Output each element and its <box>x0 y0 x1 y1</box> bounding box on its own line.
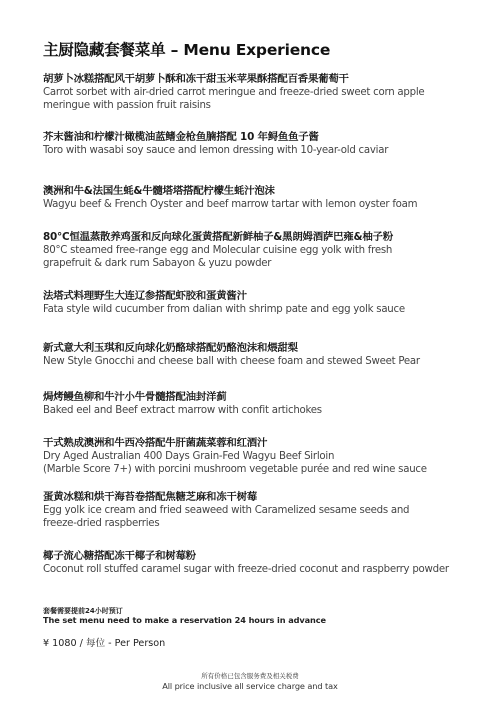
course-item: 新式意大利玉琪和反向球化奶酪球搭配奶酪泡沫和煨甜梨 New Style Gnoc… <box>43 341 483 368</box>
course-name-en: New Style Gnocchi and cheese ball with c… <box>43 355 483 368</box>
footer-note-en: All price inclusive all service charge a… <box>0 681 500 692</box>
course-item: 干式熟成澳洲和牛西冷搭配牛肝菌蔬菜蓉和红酒汁 Dry Aged Australi… <box>43 436 483 476</box>
course-name-cn: 胡萝卜冰糕搭配风干胡萝卜酥和冻干甜玉米苹果酥搭配百香果葡萄干 <box>43 72 483 86</box>
course-name-cn: 焗烤鳗鱼柳和牛汁小牛骨髓搭配油封洋蓟 <box>43 390 483 404</box>
course-name-cn: 干式熟成澳洲和牛西冷搭配牛肝菌蔬菜蓉和红酒汁 <box>43 436 483 450</box>
course-name-cn: 芥末酱油和柠檬汁橄榄油蓝鳍金枪鱼腩搭配 10 年鲟鱼鱼子酱 <box>43 130 483 144</box>
course-item: 胡萝卜冰糕搭配风干胡萝卜酥和冻干甜玉米苹果酥搭配百香果葡萄干 Carrot so… <box>43 72 483 112</box>
menu-title: 主厨隐藏套餐菜单 – Menu Experience <box>43 38 330 60</box>
course-name-en: 80°C steamed free-range egg and Molecula… <box>43 244 483 270</box>
course-name-cn: 新式意大利玉琪和反向球化奶酪球搭配奶酪泡沫和煨甜梨 <box>43 341 483 355</box>
course-name-en: Baked eel and Beef extract marrow with c… <box>43 404 483 417</box>
course-name-cn: 澳洲和牛&法国生蚝&牛髓塔塔搭配柠檬生蚝汁泡沫 <box>43 184 483 198</box>
course-name-en: Egg yolk ice cream and fried seaweed wit… <box>43 504 483 530</box>
course-name-en: Coconut roll stuffed caramel sugar with … <box>43 563 483 576</box>
course-name-cn: 80°C恒温蒸散养鸡蛋和反向球化蛋黄搭配新鲜柚子&黑朗姆酒萨巴雍&柚子粉 <box>43 230 483 244</box>
course-item: 芥末酱油和柠檬汁橄榄油蓝鳍金枪鱼腩搭配 10 年鲟鱼鱼子酱 Toro with … <box>43 130 483 157</box>
course-name-cn: 椰子流心糖搭配冻干椰子和树莓粉 <box>43 549 483 563</box>
course-item: 蛋黄冰糕和烘干海苔卷搭配焦糖芝麻和冻干树莓 Egg yolk ice cream… <box>43 490 483 530</box>
course-item: 椰子流心糖搭配冻干椰子和树莓粉 Coconut roll stuffed car… <box>43 549 483 576</box>
footer: 所有价格已包含服务费及相关税费 All price inclusive all … <box>0 671 500 692</box>
course-name-en: Dry Aged Australian 400 Days Grain-Fed W… <box>43 450 483 476</box>
reservation-notice-en: The set menu need to make a reservation … <box>43 615 326 625</box>
footer-note-cn: 所有价格已包含服务费及相关税费 <box>0 671 500 681</box>
course-name-cn: 蛋黄冰糕和烘干海苔卷搭配焦糖芝麻和冻干树莓 <box>43 490 483 504</box>
price: ¥ 1080 / 每位 - Per Person <box>43 635 165 649</box>
course-name-en: Carrot sorbet with air-dried carrot meri… <box>43 86 483 112</box>
course-item: 80°C恒温蒸散养鸡蛋和反向球化蛋黄搭配新鲜柚子&黑朗姆酒萨巴雍&柚子粉 80°… <box>43 230 483 270</box>
course-name-en: Fata style wild cucumber from dalian wit… <box>43 303 483 316</box>
course-name-en: Wagyu beef & French Oyster and beef marr… <box>43 198 483 211</box>
course-item: 法塔式料理野生大连辽参搭配虾胶和蛋黄酱汁 Fata style wild cuc… <box>43 289 483 316</box>
course-name-en: Toro with wasabi soy sauce and lemon dre… <box>43 144 483 157</box>
course-name-cn: 法塔式料理野生大连辽参搭配虾胶和蛋黄酱汁 <box>43 289 483 303</box>
course-item: 焗烤鳗鱼柳和牛汁小牛骨髓搭配油封洋蓟 Baked eel and Beef ex… <box>43 390 483 417</box>
course-item: 澳洲和牛&法国生蚝&牛髓塔塔搭配柠檬生蚝汁泡沫 Wagyu beef & Fre… <box>43 184 483 211</box>
